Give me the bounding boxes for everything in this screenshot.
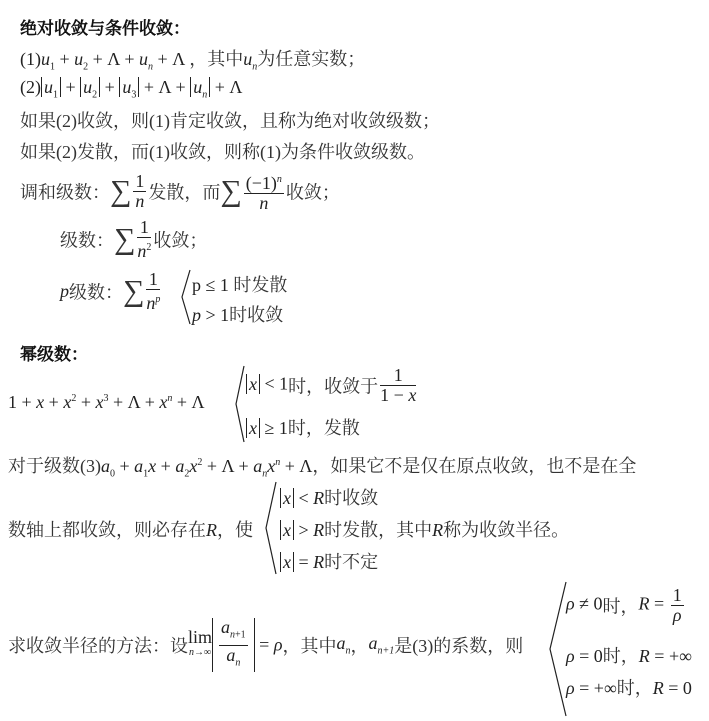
text: 时，收敛于: [288, 377, 378, 397]
text: 时收敛: [324, 488, 378, 508]
text: ，: [350, 636, 368, 656]
text: 时，发散: [288, 418, 360, 438]
text: 发散，而: [148, 183, 220, 203]
text: 收敛；: [286, 183, 340, 203]
text: ，如果它不是仅在原点收敛，也不是在全: [312, 456, 636, 476]
text: ，使: [217, 520, 253, 540]
geo-case-diverge: x ≥ 1时，发散: [246, 414, 360, 440]
brace-icon: [264, 480, 278, 576]
harmonic-series-line: 调和级数：∑1n发散，而∑(−1)nn收敛；: [20, 170, 340, 213]
rho-case-zero: ρ = 0时，R = +∞: [566, 642, 692, 668]
fraction: 11 − x: [380, 366, 416, 405]
p-series-case-converge: p > 1时收敛: [192, 301, 283, 327]
power-series-definition: 对于级数(3)a0 + a1x + a2x2 + Λ + anxn + Λ，如果…: [8, 452, 636, 480]
text: 级数：: [60, 231, 114, 251]
text: 时，: [617, 678, 653, 698]
conditional-convergence-statement: 如果(2)发散，而(1)收敛，则称(1)为条件收敛级数。: [20, 138, 425, 164]
ratio-abs: an+1an: [212, 618, 255, 672]
radius-method-line: 求收敛半径的方法：设limn→∞an+1an = ρ，其中an，an+1是(3)…: [8, 618, 523, 672]
p2-series-line: 级数：∑1n2收敛；: [60, 218, 207, 261]
sigma-icon: ∑: [110, 175, 131, 208]
label-1: (1): [20, 49, 41, 69]
brace-icon: [234, 364, 246, 444]
limit: limn→∞: [188, 629, 212, 661]
brace-icon: [548, 580, 568, 718]
geometric-series: 1 + x + x2 + x3 + Λ + xn + Λ: [8, 392, 205, 413]
text: 时，: [603, 597, 639, 617]
text: 称为收敛半径。: [443, 520, 569, 540]
text: 对于级数(3): [8, 456, 101, 476]
text: 数轴上都收敛，则必存在: [8, 520, 206, 540]
text: ，其中: [189, 49, 243, 69]
text: 时收敛: [229, 305, 283, 325]
p-series-case-diverge: p ≤ 1 时发散: [192, 271, 287, 297]
text: 时不定: [324, 552, 378, 572]
p-series-line: p级数：∑1np: [60, 270, 162, 313]
fraction: 1n: [133, 172, 146, 211]
text: ，其中: [282, 636, 336, 656]
radius-case-diverge: x > R时发散，其中R称为收敛半径。: [280, 516, 569, 542]
series-1-line: (1)u1 + u2 + Λ + un + Λ ，其中un为任意实数；: [20, 45, 365, 73]
radius-existence-line: 数轴上都收敛，则必存在R，使: [8, 516, 253, 542]
text: 时发散，其中: [324, 520, 432, 540]
text: 时，: [603, 646, 639, 666]
section-title-absolute-conditional: 绝对收敛与条件收敛：: [20, 14, 190, 39]
absolute-convergence-statement: 如果(2)收敛，则(1)肯定收敛，且称为绝对收敛级数；: [20, 107, 440, 133]
text: 为任意实数；: [257, 49, 365, 69]
sigma-icon: ∑: [114, 223, 135, 256]
fraction: (−1)nn: [244, 170, 284, 213]
series-2-line: (2)u1 + u2 + u3 + Λ + un + Λ: [20, 77, 242, 101]
fraction: 1np: [146, 270, 160, 313]
rho-case-nonzero: ρ ≠ 0时，R = 1ρ: [566, 586, 686, 625]
fraction: 1n2: [137, 218, 151, 261]
sigma-icon: ∑: [123, 275, 144, 308]
text: 调和级数：: [20, 183, 110, 203]
text: 级数：: [69, 283, 123, 303]
geo-case-converge: x < 1时，收敛于11 − x: [246, 366, 418, 405]
text: 是(3)的系数，则: [394, 636, 523, 656]
radius-case-undetermined: x = R时不定: [280, 548, 378, 574]
sigma-icon: ∑: [220, 175, 241, 208]
text: 收敛；: [153, 231, 207, 251]
text: 求收敛半径的方法：设: [8, 636, 188, 656]
rho-case-infinite: ρ = +∞时，R = 0: [566, 674, 692, 700]
section-title-power-series: 幂级数：: [20, 340, 88, 365]
brace-icon: [180, 268, 192, 326]
label-2: (2): [20, 77, 41, 97]
radius-case-converge: x < R时收敛: [280, 484, 378, 510]
text: 时发散: [233, 275, 287, 295]
